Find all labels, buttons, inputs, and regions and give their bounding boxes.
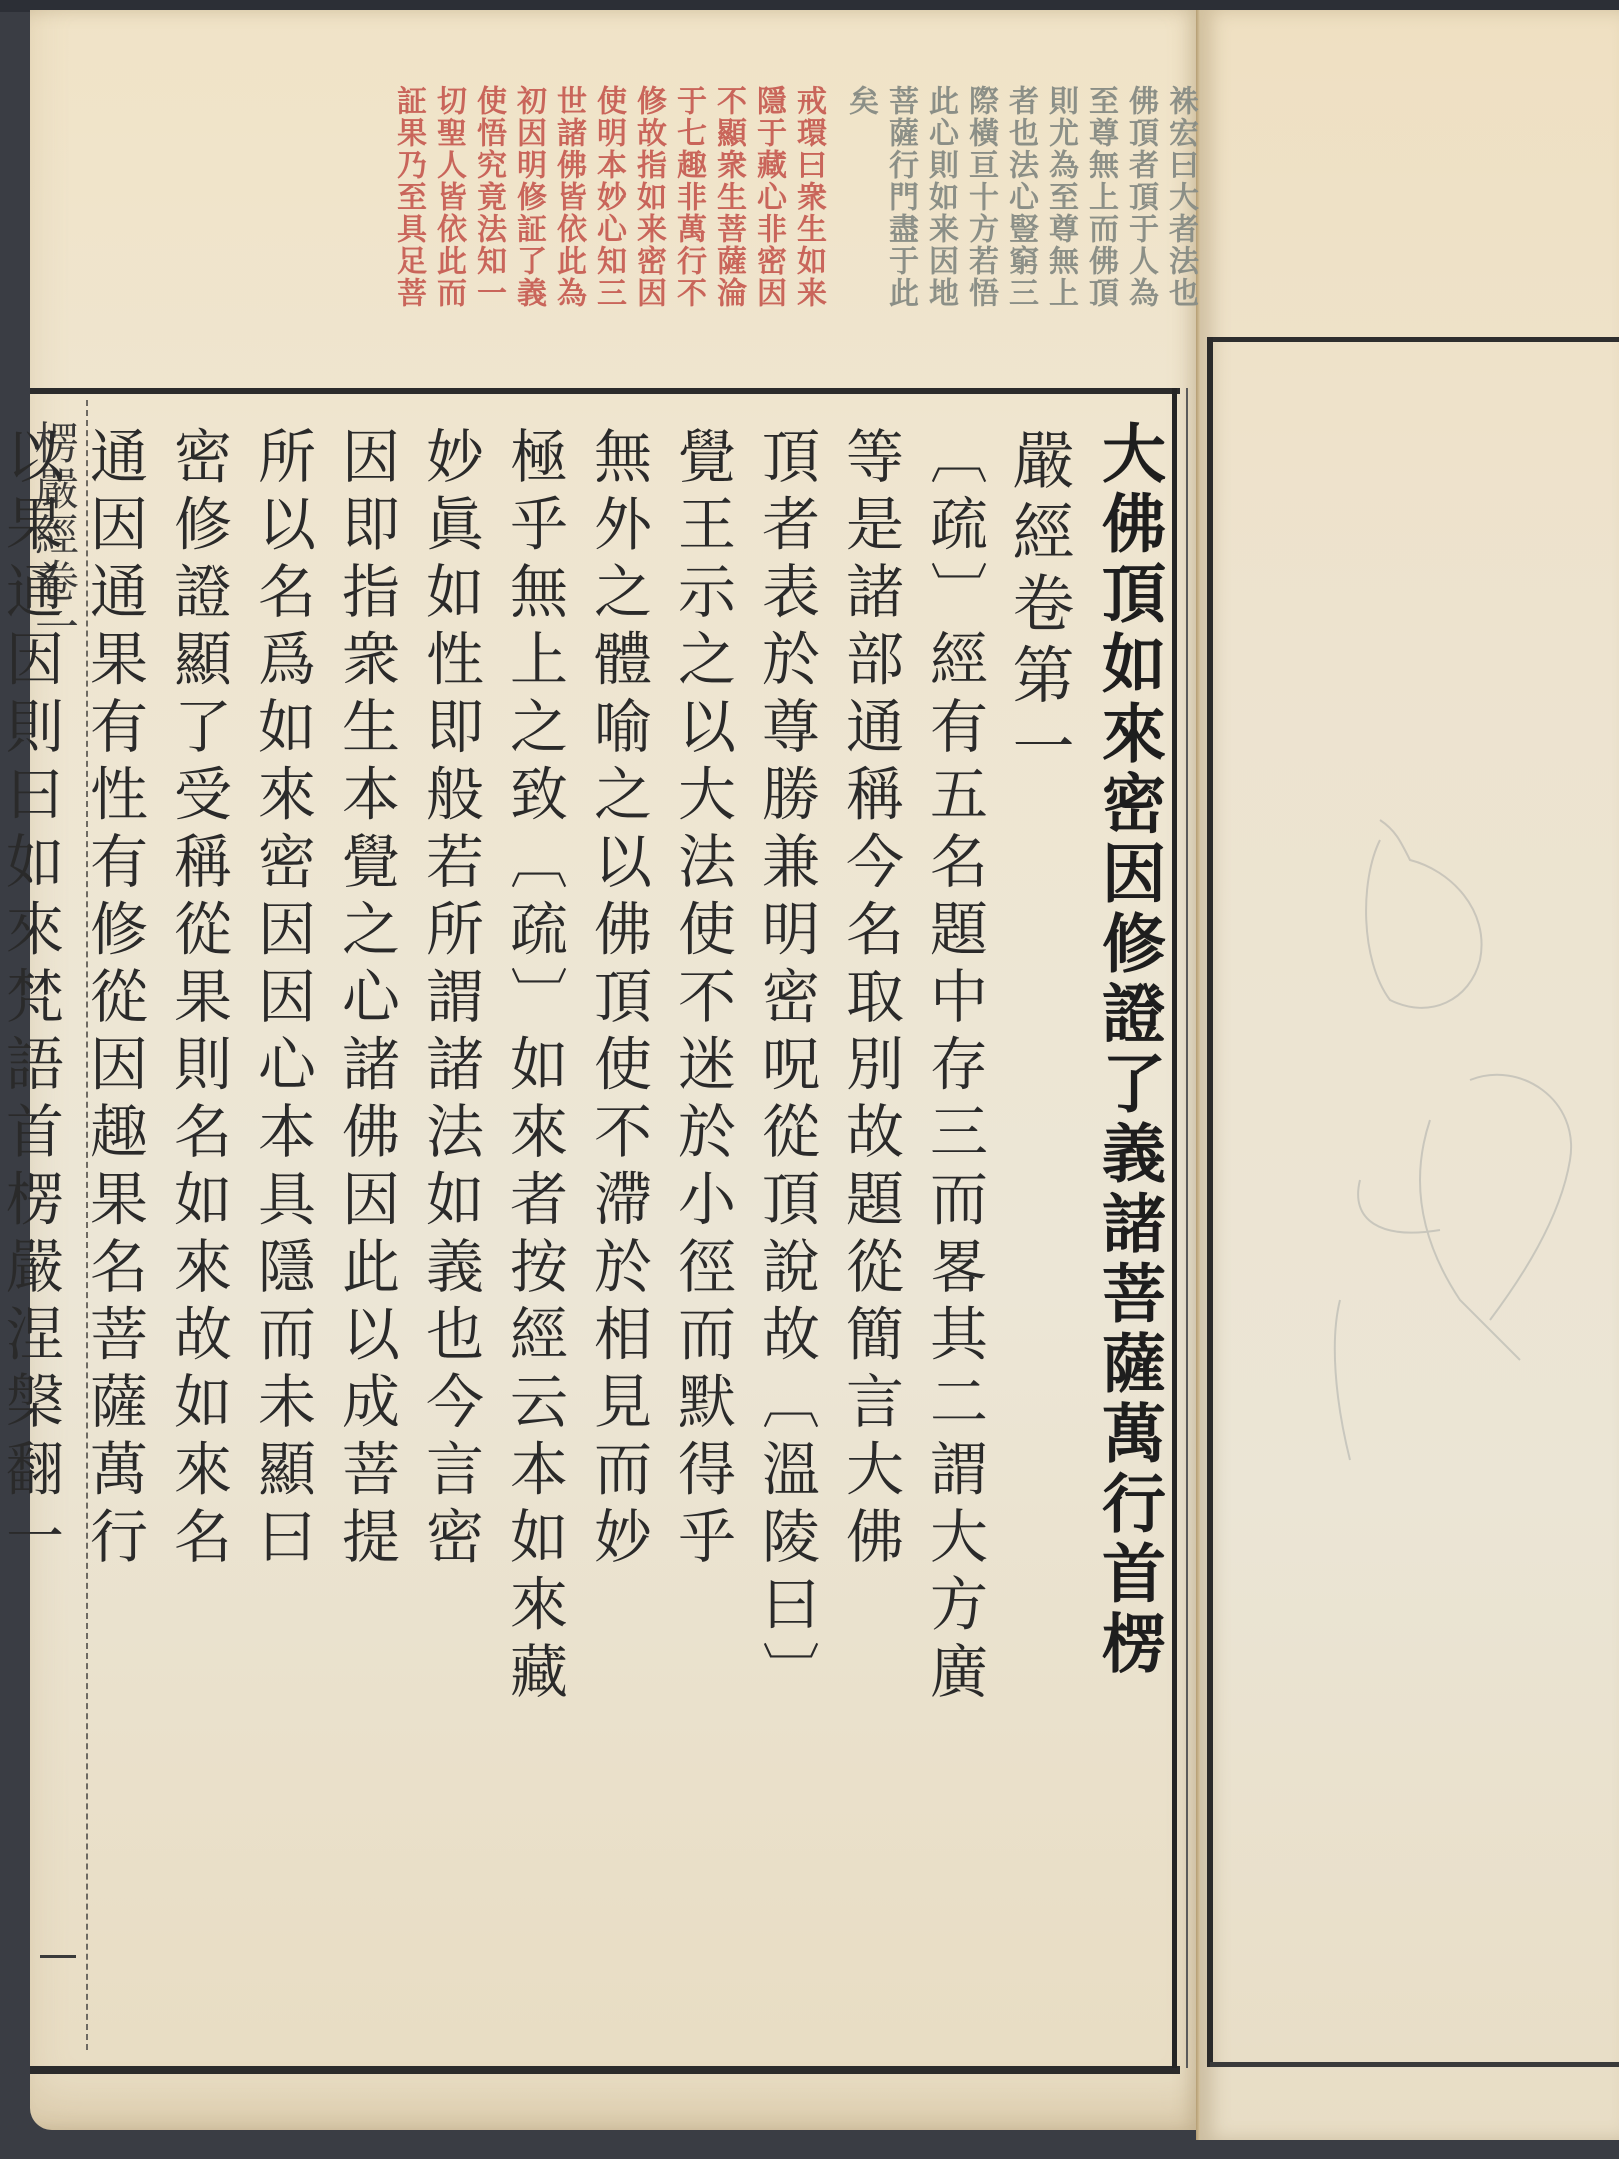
sketch-icon bbox=[1320, 760, 1619, 1760]
text-column: 密修證顯了受稱從果則名如來故如來名 bbox=[156, 420, 240, 2050]
annotation-column-red: 修故指如来密因 bbox=[628, 85, 668, 375]
annotation-column-gray: 際橫亘十方若悟 bbox=[960, 85, 1000, 375]
text-column: 等是諸部通稱今名取別故題從簡言大佛 bbox=[828, 420, 912, 2050]
annotation-column-red: 于七趣非萬行不 bbox=[668, 85, 708, 375]
right-frame-top bbox=[1207, 337, 1619, 342]
annotation-gap bbox=[828, 85, 840, 375]
annotation-column-gray: 矣 bbox=[840, 85, 880, 375]
text-column: 無外之體喻之以佛頂使不滯於相見而妙 bbox=[576, 420, 660, 2050]
frame-border-thick bbox=[1172, 388, 1177, 2068]
text-column: 〔疏〕經有五名題中存三而畧其二謂大方廣 bbox=[912, 420, 996, 2050]
text-column: 通因通果有性有修從因趣果名菩薩萬行 bbox=[72, 420, 156, 2050]
annotation-column-red: 証果乃至具足菩 bbox=[388, 85, 428, 375]
annotation-column-red: 戒環曰衆生如来 bbox=[788, 85, 828, 375]
sutra-title: 大佛頂如來密因修證了義諸菩薩萬行首楞 bbox=[1086, 420, 1170, 2050]
right-frame-left bbox=[1207, 337, 1213, 2067]
annotation-column-gray: 至尊無上而佛頂 bbox=[1080, 85, 1120, 375]
margin-annotations: 袾宏曰大者法也 佛頂者頂于人為 至尊無上而佛頂 則尤為至尊無上 者也法心豎窮三 … bbox=[80, 85, 1200, 375]
text-column: 以果通因則曰如來梵語首楞嚴涅槃翻一 bbox=[0, 420, 72, 2050]
text-column: 覺王示之以大法使不迷於小徑而默得乎 bbox=[660, 420, 744, 2050]
scroll-heading: 嚴經卷第一 bbox=[996, 420, 1080, 2050]
annotation-column-red: 不顯衆生菩薩淪 bbox=[708, 85, 748, 375]
text-column: 極乎無上之致〔疏〕如來者按經云本如來藏 bbox=[492, 420, 576, 2050]
pencil-sketch-figure bbox=[1320, 760, 1619, 1760]
annotation-column-gray: 佛頂者頂于人為 bbox=[1120, 85, 1160, 375]
main-text: 大佛頂如來密因修證了義諸菩薩萬行首楞 嚴經卷第一 〔疏〕經有五名題中存三而畧其二… bbox=[92, 420, 1170, 2050]
frame-border-thin bbox=[1186, 388, 1188, 2068]
text-column: 頂者表於尊勝兼明密呪從頂說故〔溫陵曰〕 bbox=[744, 420, 828, 2050]
text-column: 所以名爲如來密因因心本具隱而未顯曰 bbox=[240, 420, 324, 2050]
annotation-column-red: 使明本妙心知三 bbox=[588, 85, 628, 375]
annotation-column-red: 使悟究竟法知一 bbox=[468, 85, 508, 375]
annotation-column-red: 世諸佛皆依此為 bbox=[548, 85, 588, 375]
text-column: 因即指衆生本覺之心諸佛因此以成菩提 bbox=[324, 420, 408, 2050]
annotation-column-gray: 者也法心豎窮三 bbox=[1000, 85, 1040, 375]
annotation-column-gray: 菩薩行門盡于此 bbox=[880, 85, 920, 375]
annotation-column-gray: 袾宏曰大者法也 bbox=[1160, 85, 1200, 375]
annotation-column-gray: 則尤為至尊無上 bbox=[1040, 85, 1080, 375]
right-frame-bottom bbox=[1210, 2062, 1619, 2067]
annotation-column-red: 初因明修証了義 bbox=[508, 85, 548, 375]
annotation-column-red: 切聖人皆依此而 bbox=[428, 85, 468, 375]
text-column: 妙眞如性即般若所謂諸法如義也今言密 bbox=[408, 420, 492, 2050]
annotation-column-gray: 此心則如来因地 bbox=[920, 85, 960, 375]
annotation-column-red: 隱于藏心非密因 bbox=[748, 85, 788, 375]
